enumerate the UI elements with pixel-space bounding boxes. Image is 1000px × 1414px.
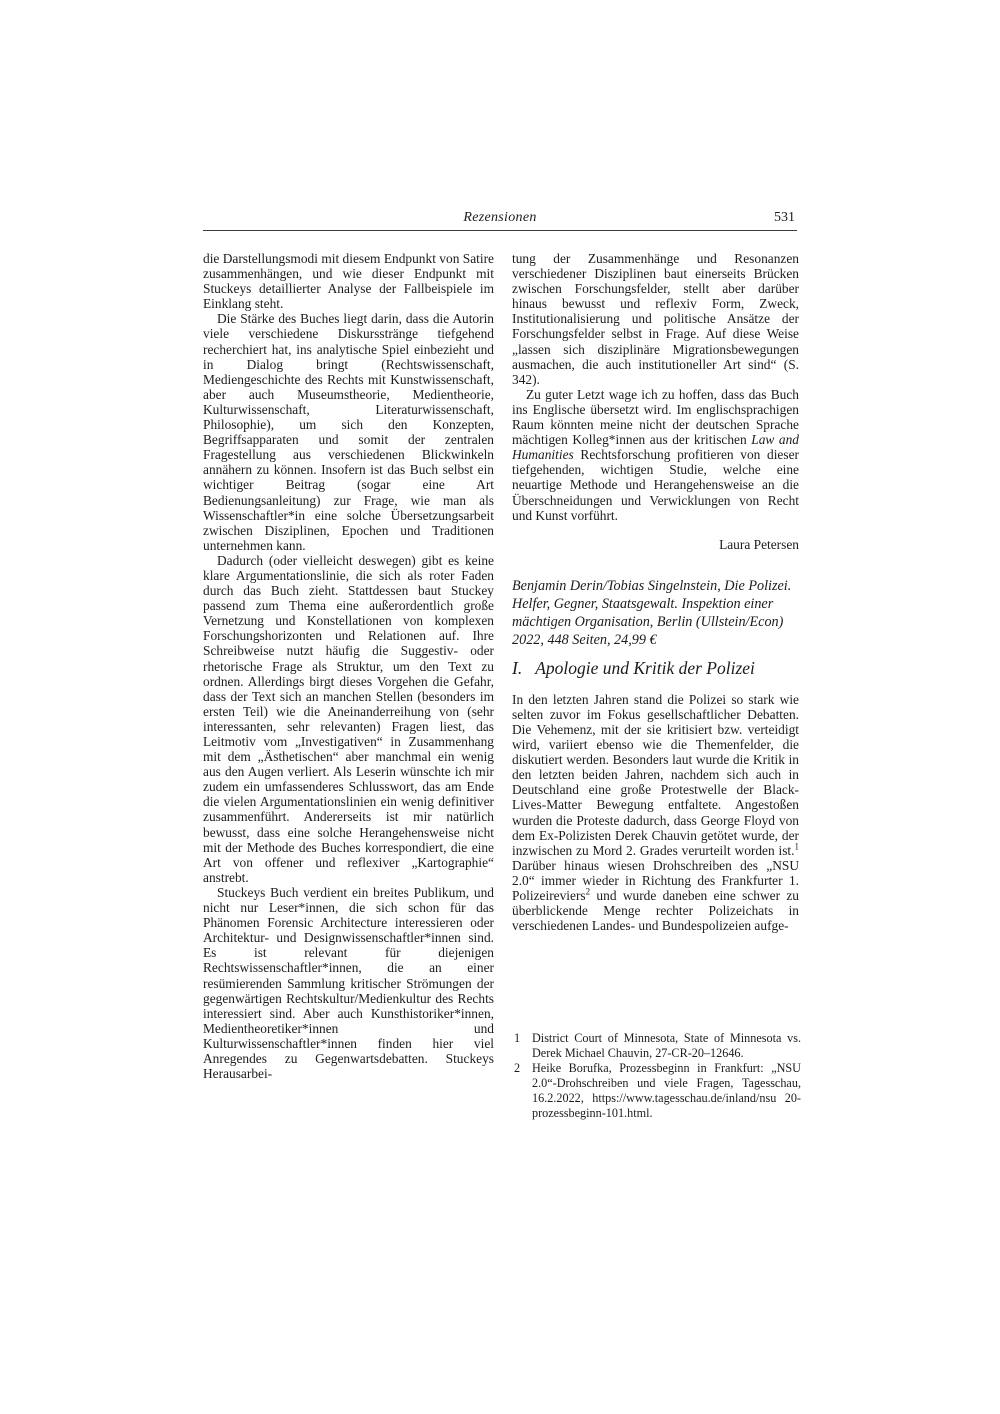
section-title: Apologie und Kritik der Polizei <box>535 658 755 678</box>
section-heading: I.Apologie und Kritik der Polizei <box>512 658 799 678</box>
left-column: die Darstellungsmodi mit diesem Endpunkt… <box>203 251 494 1081</box>
paragraph-text: In den letzten Jahren stand die Polizei … <box>512 692 799 858</box>
paragraph: Dadurch (oder vielleicht deswegen) gibt … <box>203 553 494 885</box>
right-column: tung der Zusammenhänge und Resonanzen ve… <box>512 251 799 933</box>
footnote: 1 District Court of Minnesota, State of … <box>514 1031 801 1061</box>
footnotes-block: 1 District Court of Minnesota, State of … <box>514 1031 801 1121</box>
section-numeral: I. <box>512 658 522 678</box>
footnote-text: Heike Borufka, Prozessbeginn in Frankfur… <box>532 1061 801 1121</box>
book-reference: Benjamin Derin/Tobias Singelnstein, Die … <box>512 577 799 649</box>
footnote-marker-1: 1 <box>795 841 800 851</box>
running-title: Rezensionen <box>203 210 797 226</box>
two-column-text: die Darstellungsmodi mit diesem Endpunkt… <box>203 251 799 1081</box>
paragraph: In den letzten Jahren stand die Polizei … <box>512 692 799 934</box>
footnote: 2 Heike Borufka, Prozessbeginn in Frankf… <box>514 1061 801 1121</box>
footnote-number: 1 <box>514 1031 532 1061</box>
reviewer-signature: Laura Petersen <box>512 537 799 552</box>
paragraph: Zu guter Letzt wage ich zu hoffen, dass … <box>512 387 799 523</box>
journal-page: Rezensionen 531 die Darstellungsmodi mit… <box>0 0 1000 1414</box>
paragraph: die Darstellungsmodi mit diesem Endpunkt… <box>203 251 494 311</box>
paragraph: Die Stärke des Buches liegt darin, dass … <box>203 311 494 553</box>
paragraph: tung der Zusammenhänge und Resonanzen ve… <box>512 251 799 387</box>
paragraph: Stuckeys Buch verdient ein breites Publi… <box>203 885 494 1081</box>
footnote-number: 2 <box>514 1061 532 1121</box>
page-number: 531 <box>774 210 795 226</box>
footnote-text: District Court of Minnesota, State of Mi… <box>532 1031 801 1061</box>
page-header: Rezensionen 531 <box>203 203 797 231</box>
